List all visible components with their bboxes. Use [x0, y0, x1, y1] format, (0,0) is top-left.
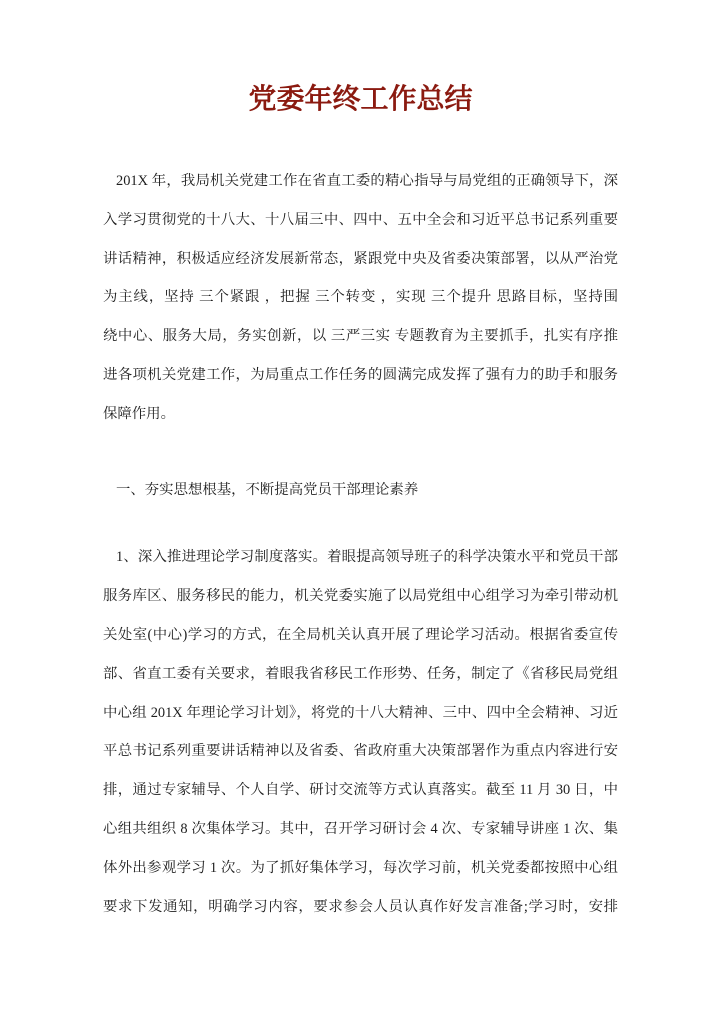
text-line: 讲话精神，积极适应经济发展新常态，紧跟党中央及省委决策部署，以从严治党	[103, 240, 618, 279]
text-line: 要求下发通知，明确学习内容，要求参会人员认真作好发言准备;学习时，安排	[103, 888, 618, 927]
text-line: 心组共组织 8 次集体学习。其中，召开学习研讨会 4 次、专家辅导讲座 1 次、…	[103, 810, 618, 849]
text-line: 服务库区、服务移民的能力，机关党委实施了以局党组中心组学习为牵引带动机	[103, 577, 618, 616]
text-line: 中心组 201X 年理论学习计划》，将党的十八大精神、三中、四中全会精神、习近	[103, 694, 618, 733]
text-line: 入学习贯彻党的十八大、十八届三中、四中、五中全会和习近平总书记系列重要	[103, 201, 618, 240]
text-line: 平总书记系列重要讲话精神以及省委、省政府重大决策部署作为重点内容进行安	[103, 732, 618, 771]
document-page: 党委年终工作总结 201X 年，我局机关党建工作在省直工委的精心指导与局党组的正…	[0, 0, 721, 1020]
text-line: 进各项机关党建工作，为局重点工作任务的圆满完成发挥了强有力的助手和服务	[103, 356, 618, 395]
text-line: 排，通过专家辅导、个人自学、研讨交流等方式认真落实。截至 11 月 30 日，中	[103, 771, 618, 810]
section-heading: 一、夯实思想根基，不断提高党员干部理论素养	[103, 471, 618, 510]
text-line: 一、夯实思想根基，不断提高党员干部理论素养	[103, 471, 618, 510]
text-line: 保障作用。	[103, 395, 618, 434]
text-line: 绕中心、服务大局，务实创新，以 三严三实 专题教育为主要抓手，扎实有序推	[103, 317, 618, 356]
document-content: 201X 年，我局机关党建工作在省直工委的精心指导与局党组的正确领导下，深入学习…	[103, 162, 618, 926]
text-line: 关处室(中心)学习的方式，在全局机关认真开展了理论学习活动。根据省委宣传	[103, 616, 618, 655]
paragraph: 1、深入推进理论学习制度落实。着眼提高领导班子的科学决策水平和党员干部服务库区、…	[103, 538, 618, 926]
text-line: 为主线，坚持 三个紧跟 ，把握 三个转变 ，实现 三个提升 思路目标，坚持围	[103, 278, 618, 317]
document-title: 党委年终工作总结	[0, 86, 721, 114]
text-line: 201X 年，我局机关党建工作在省直工委的精心指导与局党组的正确领导下，深	[103, 162, 618, 201]
text-line: 部、省直工委有关要求，着眼我省移民工作形势、任务，制定了《省移民局党组	[103, 655, 618, 694]
text-line: 1、深入推进理论学习制度落实。着眼提高领导班子的科学决策水平和党员干部	[103, 538, 618, 577]
paragraph: 201X 年，我局机关党建工作在省直工委的精心指导与局党组的正确领导下，深入学习…	[103, 162, 618, 434]
text-line: 体外出参观学习 1 次。为了抓好集体学习，每次学习前，机关党委都按照中心组	[103, 849, 618, 888]
